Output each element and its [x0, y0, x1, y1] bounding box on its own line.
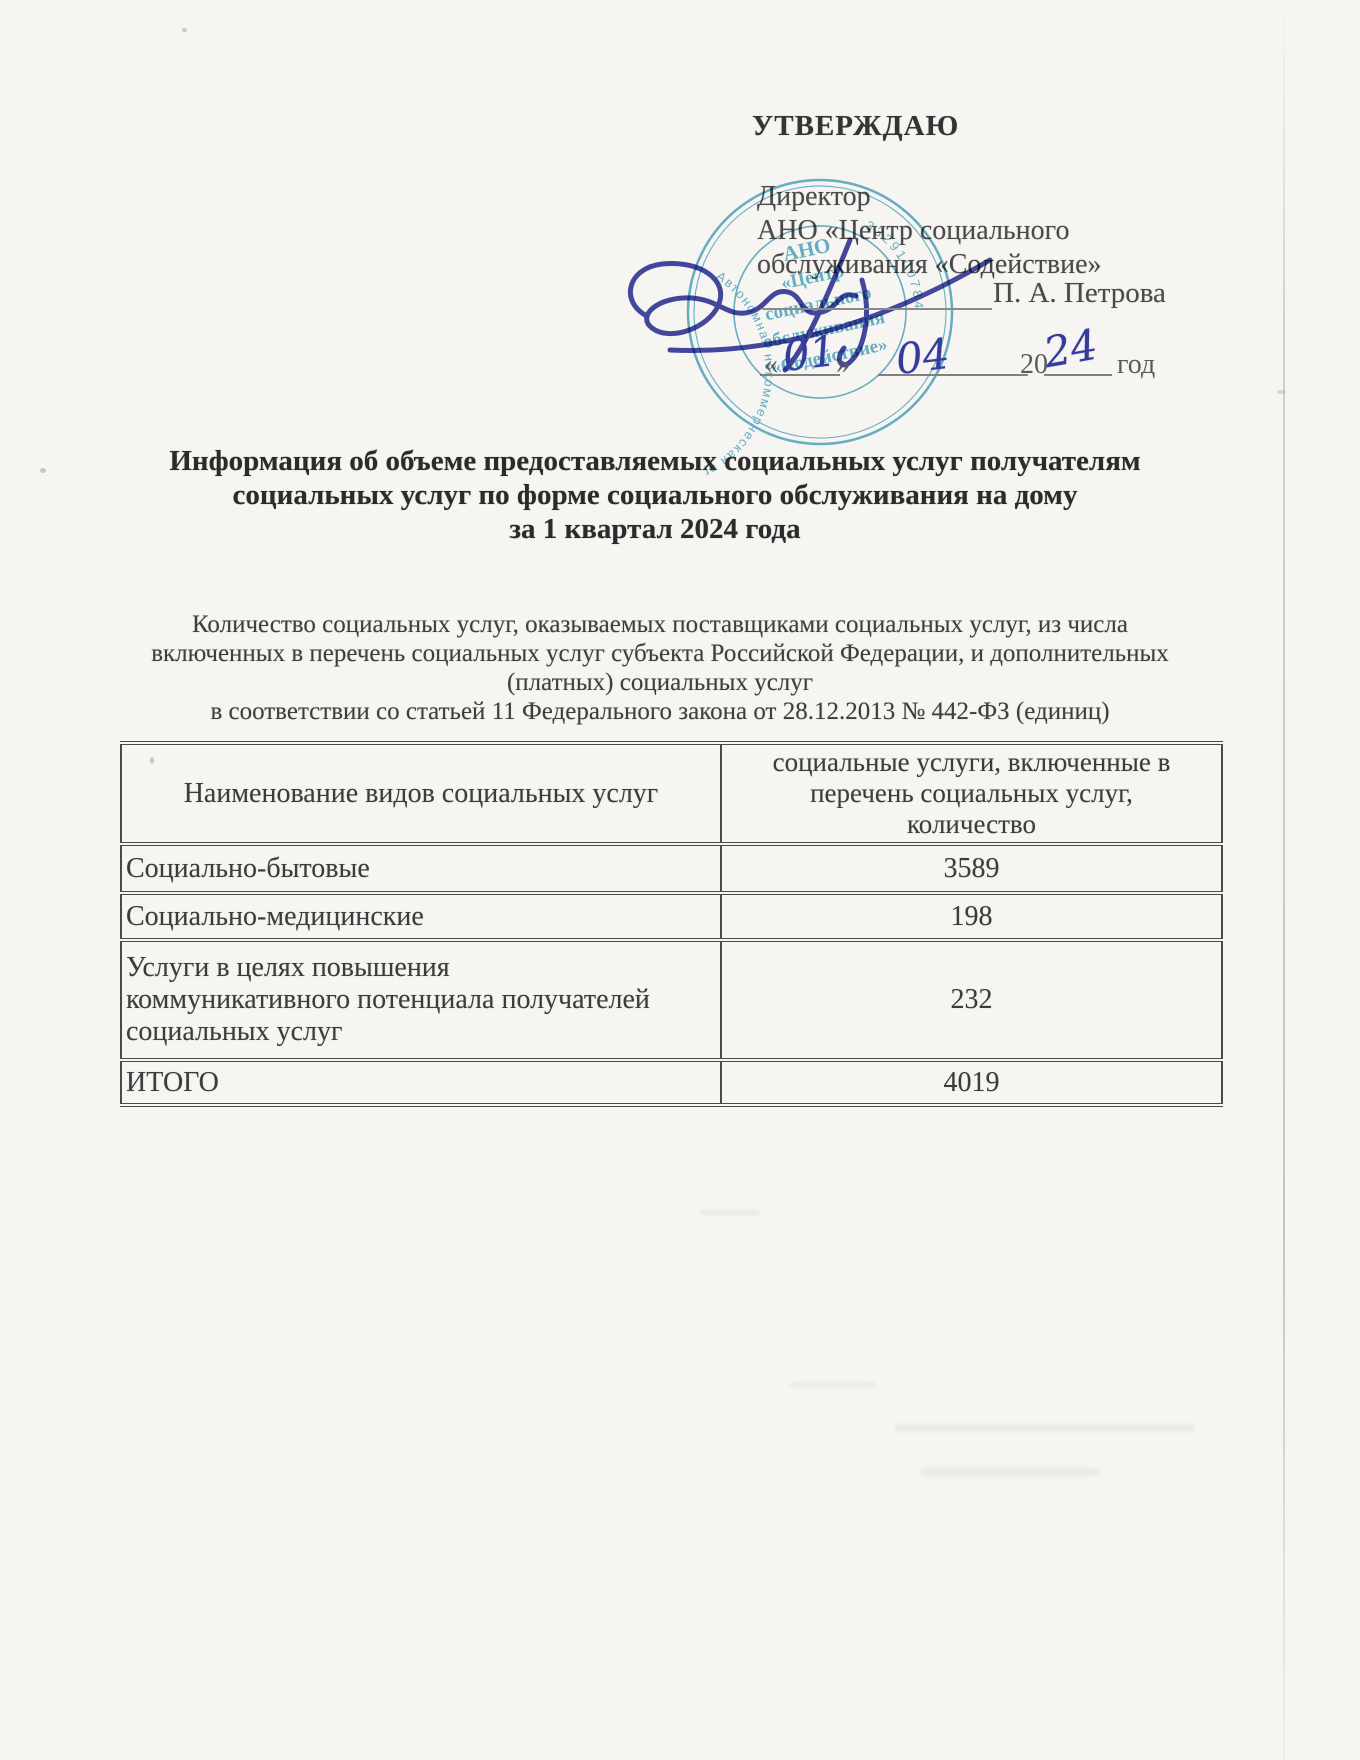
scan-speck	[40, 468, 46, 473]
signer-name: П. А. Петрова	[993, 277, 1166, 310]
title-line-3: за 1 квартал 2024 года	[0, 512, 1310, 546]
handwritten-day: 01	[781, 330, 839, 378]
service-name: Социально-бытовые	[121, 844, 721, 893]
date-open-quote: «	[764, 349, 778, 381]
approver-block: Директор АНО «Центр социального обслужив…	[757, 180, 1102, 282]
signature-line	[762, 308, 992, 310]
subtitle-line-1: Количество социальных услуг, оказываемых…	[0, 610, 1320, 639]
table-row: Социально-медицинские 198	[121, 893, 1222, 940]
total-label: ИТОГО	[121, 1060, 721, 1105]
subtitle-line-3: (платных) социальных услуг	[0, 668, 1320, 697]
document-title: Информация об объеме предоставляемых соц…	[0, 444, 1310, 546]
scan-artifact-line	[1283, 0, 1285, 1760]
scan-speck	[1277, 390, 1286, 394]
title-line-1: Информация об объеме предоставляемых соц…	[0, 444, 1310, 478]
services-table: Наименование видов социальных услуг соци…	[120, 741, 1223, 1107]
scan-smudge	[790, 1382, 875, 1388]
scanned-document: УТВЕРЖДАЮ Директор АНО «Центр социальног…	[0, 0, 1360, 1760]
table-total-row: ИТОГО 4019	[121, 1060, 1222, 1105]
table-row: Социально-бытовые 3589	[121, 844, 1222, 893]
subtitle-line-4: в соответствии со статьей 11 Федеральног…	[0, 697, 1320, 726]
scan-speck	[150, 757, 154, 764]
table-row: Услуги в целях повышения коммуникативног…	[121, 940, 1222, 1060]
approval-label: УТВЕРЖДАЮ	[752, 110, 959, 143]
service-count: 3589	[721, 844, 1222, 893]
scan-smudge	[920, 1468, 1100, 1476]
handwritten-month: 04	[894, 333, 952, 381]
header-service-name: Наименование видов социальных услуг	[121, 743, 721, 844]
service-name: Услуги в целях повышения коммуникативног…	[121, 940, 721, 1060]
title-line-2: социальных услуг по форме социального об…	[0, 478, 1310, 512]
document-subtitle: Количество социальных услуг, оказываемых…	[0, 610, 1320, 726]
scan-smudge	[895, 1424, 1195, 1432]
subtitle-line-2: включенных в перечень социальных услуг с…	[0, 639, 1320, 668]
table-header-row: Наименование видов социальных услуг соци…	[121, 743, 1222, 844]
svg-text:социального: социального	[763, 282, 873, 325]
service-count: 232	[721, 940, 1222, 1060]
total-count: 4019	[721, 1060, 1222, 1105]
approver-org-line1: АНО «Центр социального	[757, 214, 1102, 248]
handwritten-year: 24	[1041, 324, 1101, 375]
service-count: 198	[721, 893, 1222, 940]
header-service-count: социальные услуги, включенные в перечень…	[721, 743, 1222, 844]
scan-smudge	[700, 1210, 760, 1215]
approver-position: Директор	[757, 180, 1102, 214]
scan-speck	[182, 28, 187, 32]
service-name: Социально-медицинские	[121, 893, 721, 940]
date-year-word: год	[1117, 349, 1155, 381]
